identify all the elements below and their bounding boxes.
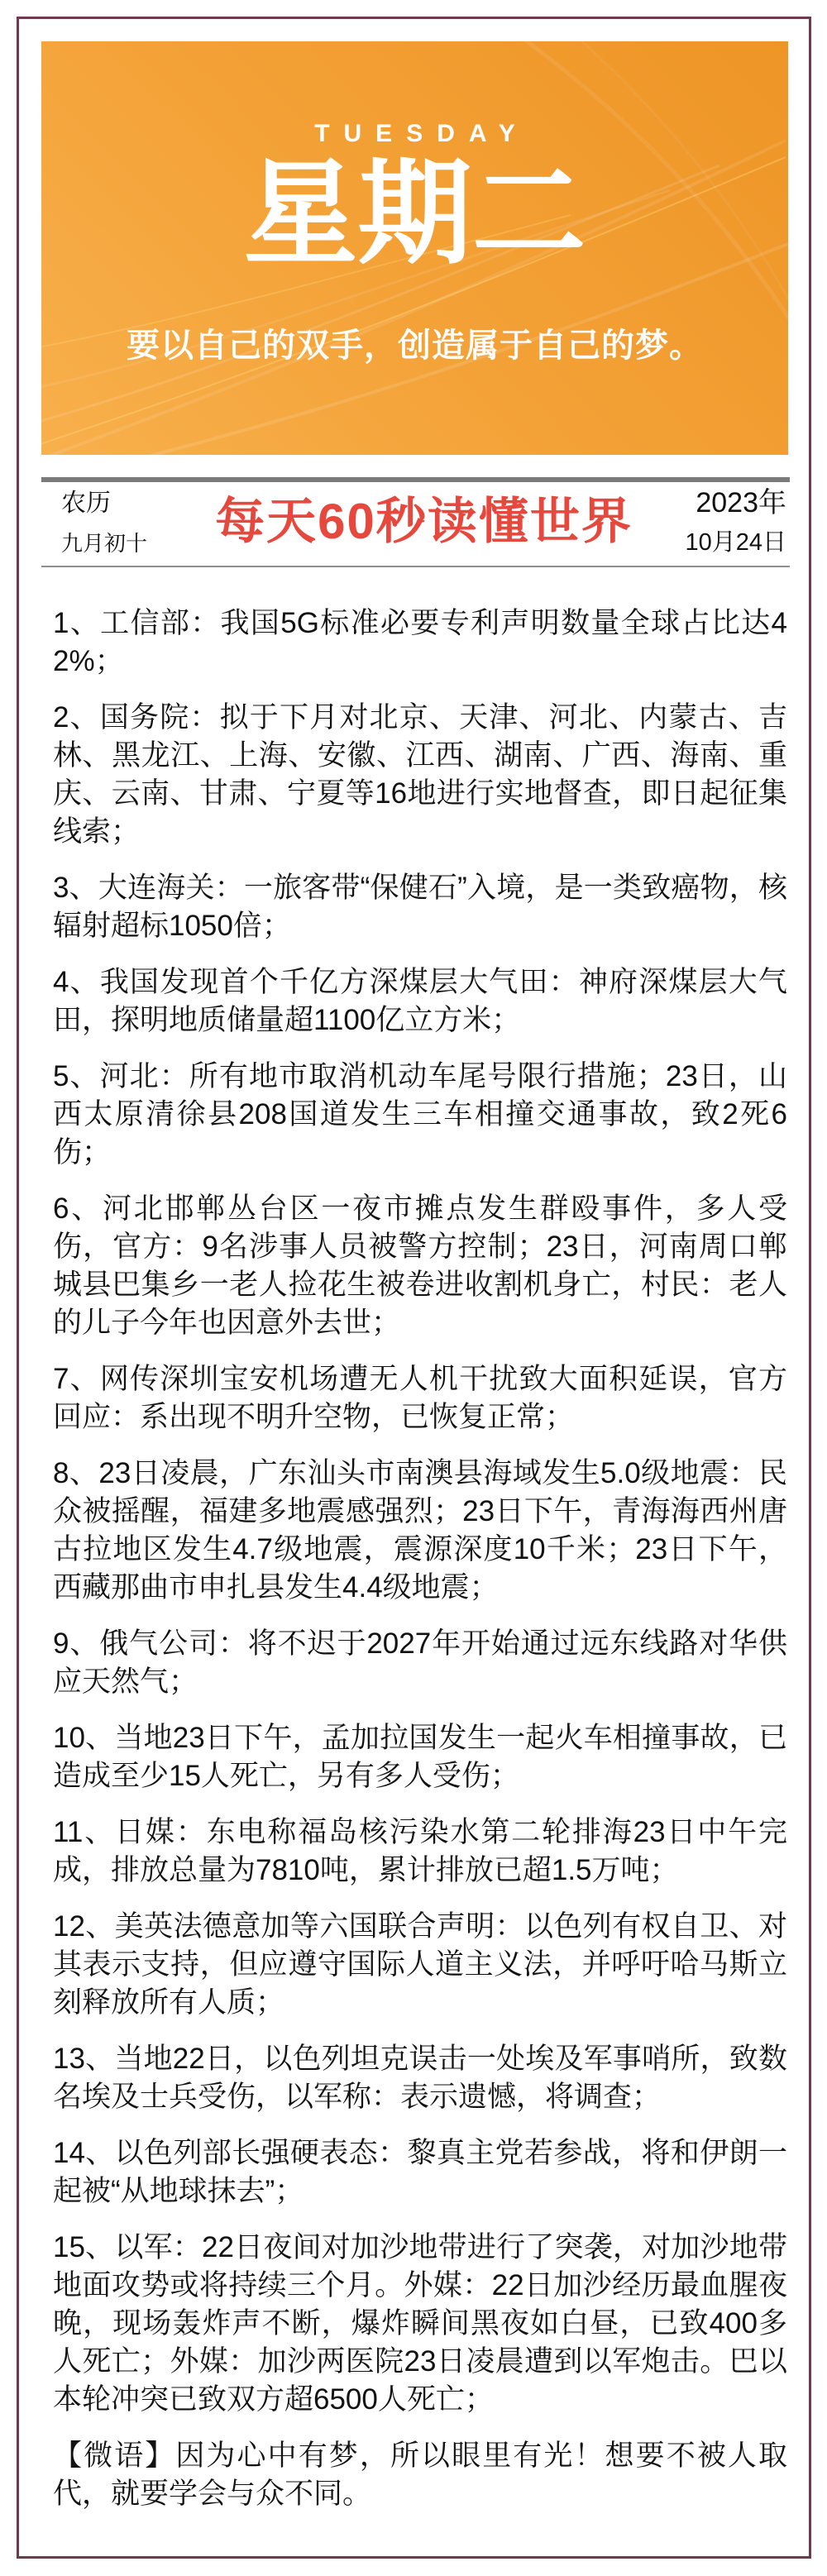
news-list: 1、工信部：我国5G标准必要专利声明数量全球占比达42%； 2、国务院：拟于下月… — [53, 605, 787, 2531]
news-item: 5、河北：所有地市取消机动车尾号限行措施；23日，山西太原清徐县208国道发生三… — [53, 1058, 787, 1172]
news-item: 13、当地22日，以色列坦克误击一处埃及军事哨所，致数名埃及士兵受伤，以军称：表… — [53, 2040, 787, 2116]
news-item: 10、当地23日下午，孟加拉国发生一起火车相撞事故，已造成至少15人死亡，另有多… — [53, 1719, 787, 1795]
year-label: 2023年 — [642, 488, 786, 518]
lunar-label: 农历 — [61, 490, 206, 518]
news-item: 11、日媒：东电称福岛核污染水第二轮排海23日中午完成，排放总量为7810吨，累… — [53, 1814, 787, 1890]
weekday-english: TUESDAY — [41, 120, 788, 148]
news-item: 4、我国发现首个千亿方深煤层大气田：神府深煤层大气田，探明地质储量超1100亿立… — [53, 963, 787, 1039]
news-item: 15、以军：22日夜间对加沙地带进行了突袭，对加沙地带地面攻势或将持续三个月。外… — [53, 2229, 787, 2419]
weekday-chinese: 星期二 — [41, 156, 788, 272]
news-item: 6、河北邯郸丛台区一夜市摊点发生群殴事件，多人受伤，官方：9名涉事人员被警方控制… — [53, 1190, 787, 1342]
date-label: 10月24日 — [642, 529, 786, 556]
lunar-column: 农历 九月初十 — [61, 488, 206, 556]
date-column: 2023年 10月24日 — [642, 488, 786, 556]
lunar-date: 九月初十 — [61, 531, 206, 556]
news-item: 7、网传深圳宝安机场遭无人机干扰致大面积延误，官方回应：系出现不明升空物，已恢复… — [53, 1360, 787, 1436]
news-item: 2、国务院：拟于下月对北京、天津、河北、内蒙古、吉林、黑龙江、上海、安徽、江西、… — [53, 699, 787, 851]
news-item: 3、大连海关：一旅客带“保健石”入境，是一类致癌物，核辐射超标1050倍； — [53, 869, 787, 945]
divider-thin — [41, 566, 790, 567]
weiyu-footer: 【微语】因为心中有梦，所以眼里有光！想要不被人取代，就要学会与众不同。 — [53, 2437, 787, 2513]
header-motto: 要以自己的双手，创造属于自己的梦。 — [41, 327, 788, 365]
news-item: 14、以色列部长强硬表态：黎真主党若参战，将和伊朗一起被“从地球抹去”； — [53, 2134, 787, 2210]
news-item: 9、俄气公司：将不迟于2027年开始通过远东线路对华供应天然气； — [53, 1625, 787, 1701]
news-item: 12、美英法德意加等六国联合声明：以色列有权自卫、对其表示支持，但应遵守国际人道… — [53, 1908, 787, 2022]
header-banner: TUESDAY 星期二 要以自己的双手，创造属于自己的梦。 — [41, 41, 788, 455]
page-title: 每天60秒读懂世界 — [206, 495, 642, 549]
dateline-content: 农历 九月初十 每天60秒读懂世界 2023年 10月24日 — [41, 482, 790, 566]
news-item: 8、23日凌晨，广东汕头市南澳县海域发生5.0级地震：民众被摇醒，福建多地震感强… — [53, 1455, 787, 1607]
news-item: 1、工信部：我国5G标准必要专利声明数量全球占比达42%； — [53, 605, 787, 681]
dateline-row: 农历 九月初十 每天60秒读懂世界 2023年 10月24日 — [41, 477, 790, 567]
